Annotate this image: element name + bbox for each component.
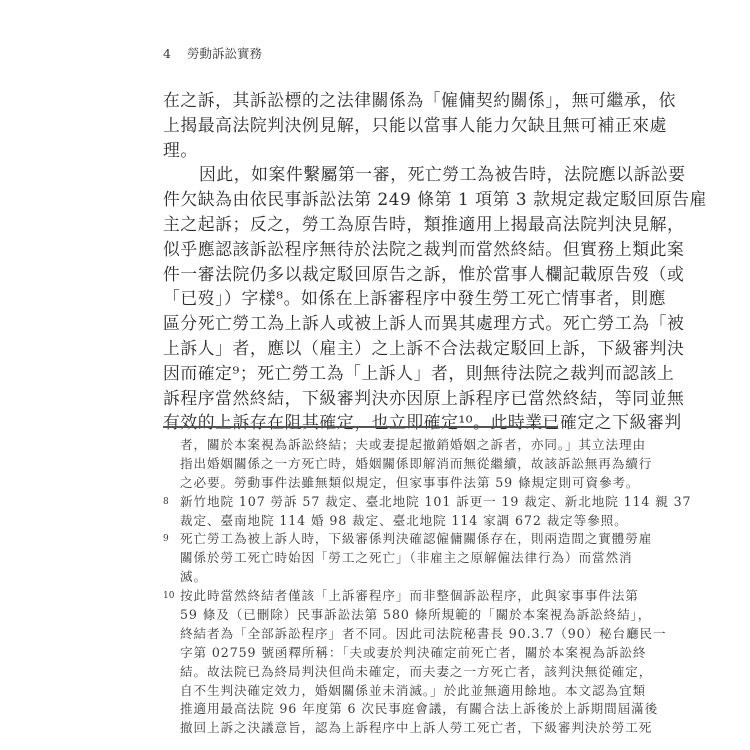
footnote-separator (163, 426, 558, 428)
text-line: 上訴人」者，應以（雇主）之上訴不合法裁定駁回上訴，下級審判決 (163, 336, 559, 361)
paragraph-1: 在之訴，其訴訟標的之法律關係為「僱傭契約關係」，無可繼承，依 上揭最高法院判決例… (163, 88, 559, 162)
footnote-line: 結。故法院已為終局判決但尚未確定，而夫妻之一方死亡者，該判決無從確定， (180, 663, 563, 682)
text-line: 件欠缺為由依民事訴訟法第 249 條第 1 項第 3 款規定裁定駁回原告雇 (163, 187, 559, 212)
text-line: 「已歿」）字樣⁸。如係在上訴審程序中發生勞工死亡情事者，則應 (163, 286, 559, 311)
text-line: 主之起訴；反之，勞工為原告時，類推適用上揭最高法院判決見解， (163, 212, 559, 237)
text-line: 件一審法院仍多以裁定駁回原告之訴，惟於當事人欄記載原告歿（或 (163, 262, 559, 287)
footnote-line: 指出婚姻關係之一方死亡時，婚姻關係即解消而無從繼續，故該訴訟無再為續行 (180, 455, 563, 474)
text-line: 因此，如案件繫屬第一審，死亡勞工為被告時，法院應以訴訟要 (163, 162, 559, 187)
footnote-line: 滅。 (180, 568, 563, 587)
book-title: 勞動訴訟實務 (187, 46, 262, 61)
footnote-line: 按此時當然終結者僅該「上訴審程序」而非整個訴訟程序，此與家事事件法第 (180, 587, 563, 606)
footnote-line: 自不生判決確定效力，婚姻關係並未消滅。」於此並無適用餘地。本文認為宜類 (180, 682, 563, 701)
page-number: 4 (163, 46, 171, 61)
body-text: 在之訴，其訴訟標的之法律關係為「僱傭契約關係」，無可繼承，依 上揭最高法院判決例… (163, 88, 559, 435)
footnote-line: 推適用最高法院 96 年度第 6 次民事庭會議，有關合法上訴後於上訴期間屆滿後 (180, 700, 563, 719)
footnote-number: 8 (163, 493, 169, 512)
footnote-line: 字第 02759 號函釋所稱：「夫或妻於判決確定前死亡者，關於本案視為訴訟終 (180, 644, 563, 663)
footnotes: 者，關於本案視為訴訟終結；夫或妻提起撤銷婚姻之訴者，亦同。」其立法理由 指出婚姻… (163, 436, 563, 738)
footnote-9: 9 死亡勞工為被上訴人時，下級審係判決確認僱傭關係存在，則兩造間之實體勞雇 關係… (163, 530, 563, 587)
text-line: 因而確定⁹；死亡勞工為「上訴人」者，則無待法院之裁判而認該上 (163, 361, 559, 386)
text-line: 理。 (163, 138, 559, 163)
text-line: 訴程序當然終結，下級審判決亦因原上訴程序已當然終結，等同並無 (163, 386, 559, 411)
footnote-line: 關係於勞工死亡時始因「勞工之死亡」（非雇主之原解僱法律行為）而當然消 (180, 549, 563, 568)
text-line: 上揭最高法院判決例見解，只能以當事人能力欠缺且無可補正來處 (163, 113, 559, 138)
footnote-line: 之必要。勞動事件法雖無類似規定，但家事事件法第 59 條規定則可資參考。 (180, 474, 563, 493)
footnote-8: 8 新竹地院 107 勞訴 57 裁定、臺北地院 101 訴更一 19 裁定、新… (163, 493, 563, 531)
footnote-line: 者，關於本案視為訴訟終結；夫或妻提起撤銷婚姻之訴者，亦同。」其立法理由 (180, 436, 563, 455)
footnote-number: 9 (163, 530, 169, 549)
footnote-line: 裁定、臺南地院 114 婚 98 裁定、臺北地院 114 家調 672 裁定等參… (180, 512, 563, 531)
paragraph-2: 因此，如案件繫屬第一審，死亡勞工為被告時，法院應以訴訟要 件欠缺為由依民事訴訟法… (163, 162, 559, 435)
footnote-continued: 者，關於本案視為訴訟終結；夫或妻提起撤銷婚姻之訴者，亦同。」其立法理由 指出婚姻… (163, 436, 563, 493)
running-header: 4 勞動訴訟實務 (163, 44, 262, 62)
document-page: 4 勞動訴訟實務 在之訴，其訴訟標的之法律關係為「僱傭契約關係」，無可繼承，依 … (0, 0, 750, 750)
footnote-line: 59 條及（已刪除）民事訴訟法第 580 條所規範的「關於本案視為訴訟終結」， (180, 606, 563, 625)
footnote-line: 新竹地院 107 勞訴 57 裁定、臺北地院 101 訴更一 19 裁定、新北地… (180, 493, 563, 512)
text-line: 在之訴，其訴訟標的之法律關係為「僱傭契約關係」，無可繼承，依 (163, 88, 559, 113)
footnote-10: 10 按此時當然終結者僅該「上訴審程序」而非整個訴訟程序，此與家事事件法第 59… (163, 587, 563, 738)
text-line: 似乎應認該訴訟程序無待於法院之裁判而當然終結。但實務上類此案 (163, 237, 559, 262)
text-line: 有效的上訴存在阻其確定，也立即確定¹⁰。此時業已確定之下級審判 (163, 410, 559, 435)
footnote-line: 死亡勞工為被上訴人時，下級審係判決確認僱傭關係存在，則兩造間之實體勞雇 (180, 530, 563, 549)
text-line: 區分死亡勞工為上訴人或被上訴人而異其處理方式。死亡勞工為「被 (163, 311, 559, 336)
footnote-number: 10 (163, 587, 174, 606)
footnote-line: 撤回上訴之決議意旨，認為上訴程序中上訴人勞工死亡者，下級審判決於勞工死 (180, 719, 563, 738)
footnote-line: 終結者為「全部訴訟程序」者不同。因此司法院秘書長 90.3.7（90）秘台廳民一 (180, 625, 563, 644)
